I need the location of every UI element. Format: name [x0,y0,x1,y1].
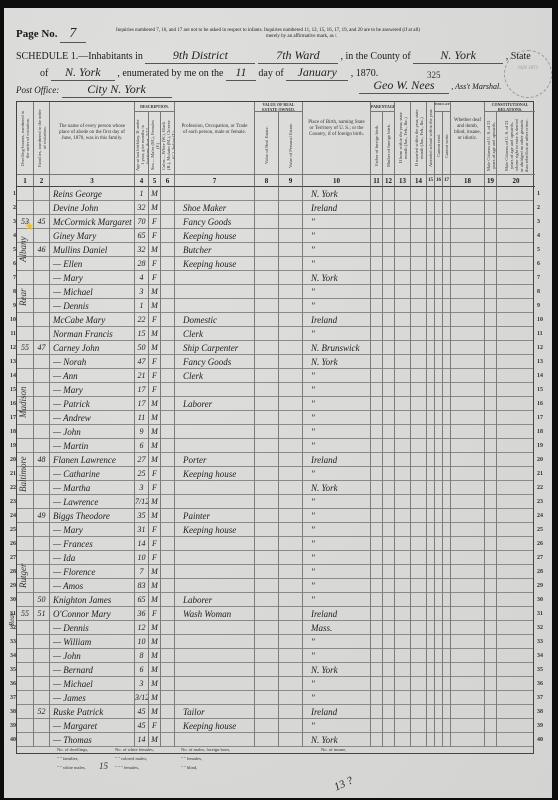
empty-cell [255,733,279,747]
age: 28 [135,257,149,271]
table-row: 3852Ruske Patrick45MTailorIreland38 [17,705,533,719]
table-row: 125547Carney John50MShip CarpenterN. Bru… [17,341,533,355]
family-number [34,355,50,369]
empty-cell [411,579,427,593]
empty-cell [255,341,279,355]
empty-cell [497,677,535,691]
empty-cell [435,229,443,243]
empty-cell [485,537,497,551]
empty-cell [279,677,303,691]
occupation: Fancy Goods [175,215,255,229]
col-num-14: 14 [411,174,427,187]
empty-cell [411,705,427,719]
empty-cell [279,355,303,369]
sex: M [149,733,161,747]
empty-cell [497,509,535,523]
empty-cell [255,719,279,733]
empty-cell [411,187,427,201]
empty-cell [435,285,443,299]
empty-cell [427,677,435,691]
line-number-right: 11 [537,327,551,341]
empty-cell [395,453,411,467]
empty-cell [395,719,411,733]
empty-cell [411,355,427,369]
empty-cell [443,285,451,299]
empty-cell [451,621,485,635]
empty-cell [411,509,427,523]
sex: M [149,187,161,201]
line-number-left: 39 [6,719,16,733]
dwelling-number [17,537,34,551]
birthplace: " [303,523,371,537]
empty-cell [497,593,535,607]
empty-cell [497,537,535,551]
empty-cell [411,229,427,243]
sex: M [149,509,161,523]
occupation [175,537,255,551]
age: 50 [135,341,149,355]
occupation [175,621,255,635]
empty-cell [497,649,535,663]
person-name: — John [50,425,135,439]
age: 31 [135,523,149,537]
age: 1 [135,299,149,313]
line-number-right: 30 [537,593,551,607]
footer-handwritten-mark: 13 ? [332,774,355,793]
age: 3 [135,285,149,299]
empty-cell [395,439,411,453]
line-number-right: 34 [537,649,551,663]
family-number: 49 [34,509,50,523]
empty-cell [443,467,451,481]
birthplace: N. York [303,271,371,285]
table-row: 19— Martin6M"19 [17,439,533,453]
empty-cell [411,327,427,341]
line-number-left: 36 [6,677,16,691]
empty-cell [485,677,497,691]
line-number-left: 14 [6,369,16,383]
empty-cell [255,313,279,327]
empty-cell [435,663,443,677]
empty-cell [383,285,395,299]
person-name: — William [50,635,135,649]
empty-cell [161,285,175,299]
line-number-left: 11 [6,327,16,341]
empty-cell [383,621,395,635]
empty-cell [395,733,411,747]
empty-cell [485,397,497,411]
empty-cell [383,425,395,439]
family-number [34,537,50,551]
empty-cell [255,649,279,663]
person-name: Knighton James [50,593,135,607]
empty-cell [371,383,383,397]
empty-cell [411,677,427,691]
line-number-right: 6 [537,257,551,271]
empty-cell [255,677,279,691]
empty-cell [255,201,279,215]
empty-cell [451,383,485,397]
empty-cell [435,551,443,565]
empty-cell [279,397,303,411]
empty-cell [395,579,411,593]
empty-cell [255,663,279,677]
birthplace: Ireland [303,313,371,327]
empty-cell [443,327,451,341]
empty-cell [497,719,535,733]
empty-cell [451,593,485,607]
empty-cell [279,411,303,425]
empty-cell [279,691,303,705]
empty-cell [497,313,535,327]
person-name: McCormick Margaret [50,215,135,229]
dwelling-number [17,719,34,733]
family-number [34,663,50,677]
empty-cell [161,425,175,439]
empty-cell [255,551,279,565]
empty-cell [255,243,279,257]
empty-cell [427,243,435,257]
empty-cell [255,565,279,579]
empty-cell [161,733,175,747]
dwelling-number [17,663,34,677]
empty-cell [451,509,485,523]
empty-cell [411,635,427,649]
line-number-right: 38 [537,705,551,719]
empty-cell [443,607,451,621]
age: 9 [135,425,149,439]
empty-cell [411,201,427,215]
empty-cell [255,369,279,383]
dwelling-number [17,509,34,523]
empty-cell [279,481,303,495]
empty-cell [435,495,443,509]
empty-cell [451,495,485,509]
empty-cell [485,439,497,453]
empty-cell [427,565,435,579]
empty-cell [279,327,303,341]
empty-cell [435,453,443,467]
empty-cell [371,537,383,551]
empty-cell [161,411,175,425]
empty-cell [161,691,175,705]
age: 32 [135,201,149,215]
empty-cell [411,243,427,257]
col-num-2: 2 [34,174,50,187]
table-row: 21— Catharine25FKeeping house"21 [17,467,533,481]
empty-cell [435,677,443,691]
dwelling-number [17,635,34,649]
line-number-left: 18 [6,425,16,439]
empty-cell [371,215,383,229]
occupation [175,649,255,663]
empty-cell [443,411,451,425]
empty-cell [497,299,535,313]
empty-cell [395,313,411,327]
empty-cell [395,635,411,649]
empty-cell [411,425,427,439]
empty-cell [255,691,279,705]
empty-cell [443,649,451,663]
col-header-10: Place of Birth, naming State or Territor… [303,102,371,174]
sex: M [149,677,161,691]
empty-cell [371,411,383,425]
empty-cell [435,565,443,579]
line-number-left: 23 [6,495,16,509]
table-row: 23— Lawrence7/12M"23 [17,495,533,509]
family-number [34,439,50,453]
month-field: January [286,65,348,81]
empty-cell [485,733,497,747]
empty-cell [371,523,383,537]
person-name: — James [50,691,135,705]
family-number [34,313,50,327]
col-header-18: Whether deaf and dumb, blind, insane, or… [451,102,485,174]
empty-cell [443,187,451,201]
empty-cell [485,705,497,719]
empty-cell [395,607,411,621]
empty-cell [443,257,451,271]
occupation [175,677,255,691]
empty-cell [443,593,451,607]
empty-cell [427,355,435,369]
empty-cell [383,635,395,649]
schedule-line: SCHEDULE 1.—Inhabitants in 9th District … [16,48,531,64]
line-number-left: 4 [6,229,16,243]
empty-cell [161,299,175,313]
empty-cell [371,271,383,285]
empty-cell [279,187,303,201]
highlight-star-icon: ★ [24,220,35,232]
empty-cell [279,621,303,635]
col-num-9: 9 [279,174,303,187]
dwellings-label: No. of dwellings, [57,747,88,752]
empty-cell [255,453,279,467]
empty-cell [485,453,497,467]
line-number-left: 28 [6,565,16,579]
family-number: 47 [34,341,50,355]
col-header-14: If married within the year, state month … [411,102,427,174]
table-row: 2Devine John32MShoe MakerIreland2 [17,201,533,215]
empty-cell [497,565,535,579]
family-number: 48 [34,453,50,467]
empty-cell [485,369,497,383]
line-number-right: 14 [537,369,551,383]
person-name: Norman Francis [50,327,135,341]
post-office-field: City N. York [62,82,172,98]
empty-cell [161,537,175,551]
empty-cell [451,705,485,719]
col-num-1: 1 [17,174,34,187]
col-num-16: 16 [435,174,443,187]
empty-cell [485,257,497,271]
line-number-right: 2 [537,201,551,215]
family-number: 45 [34,215,50,229]
empty-cell [443,509,451,523]
empty-cell [395,649,411,663]
day-of-label: day of [258,68,283,79]
empty-cell [383,411,395,425]
col-header-16: Cannot read. [435,112,443,174]
empty-cell [383,341,395,355]
empty-cell [497,551,535,565]
empty-cell [255,229,279,243]
empty-cell [371,187,383,201]
group-header-parentage: PARENTAGE. [371,102,395,112]
table-row: 25— Mary31FKeeping house"25 [17,523,533,537]
empty-cell [371,313,383,327]
empty-cell [411,593,427,607]
empty-cell [451,439,485,453]
line-number-left: 22 [6,481,16,495]
empty-cell [443,733,451,747]
line-number-right: 40 [537,733,551,747]
empty-cell [497,523,535,537]
birthplace: " [303,551,371,565]
occupation: Clerk [175,327,255,341]
dwelling-number [17,523,34,537]
col-num-18: 18 [451,174,485,187]
empty-cell [395,481,411,495]
empty-cell [395,523,411,537]
table-row: 7— Mary4FN. York7 [17,271,533,285]
age: 3 [135,677,149,691]
sex: M [149,593,161,607]
empty-cell [435,649,443,663]
empty-cell [161,341,175,355]
empty-cell [395,215,411,229]
line-number-left: 7 [6,271,16,285]
empty-cell [383,509,395,523]
empty-cell [371,579,383,593]
empty-cell [497,187,535,201]
empty-cell [435,397,443,411]
sex: F [149,481,161,495]
family-number [34,411,50,425]
col-num-6: 6 [161,174,175,187]
line-number-right: 1 [537,187,551,201]
empty-cell [279,285,303,299]
county-field: N. York [413,48,503,64]
birthplace: " [303,565,371,579]
person-name: — Lawrence [50,495,135,509]
empty-cell [497,481,535,495]
empty-cell [497,411,535,425]
empty-cell [161,229,175,243]
empty-cell [255,621,279,635]
sex: M [149,285,161,299]
empty-cell [255,425,279,439]
sex: M [149,635,161,649]
dwelling-number [17,691,34,705]
line-number-left: 16 [6,397,16,411]
empty-cell [451,187,485,201]
empty-cell [371,621,383,635]
sex: F [149,271,161,285]
birthplace: " [303,299,371,313]
birthplace: Ireland [303,201,371,215]
empty-cell [451,369,485,383]
line-number-right: 36 [537,677,551,691]
empty-cell [161,187,175,201]
empty-cell [451,677,485,691]
dwelling-number [17,733,34,747]
empty-cell [279,229,303,243]
empty-cell [255,271,279,285]
empty-cell [383,439,395,453]
empty-cell [485,579,497,593]
empty-cell [443,215,451,229]
col-header-17: Cannot write. [443,112,451,174]
sex: M [149,663,161,677]
empty-cell [451,635,485,649]
col-header-3: The name of every person whose place of … [50,102,135,174]
sex: F [149,523,161,537]
empty-cell [497,467,535,481]
marshal-number: 325 [427,70,441,80]
empty-cell [427,733,435,747]
table-row: 10McCabe Mary22FDomesticIreland10 [17,313,533,327]
col-header-20: Male Citizens of U. S. of 21 years of ag… [497,112,535,174]
sex: M [149,621,161,635]
empty-cell [427,425,435,439]
sex: M [149,691,161,705]
line-number-right: 20 [537,453,551,467]
col-num-8: 8 [255,174,279,187]
received-stamp: JAN 1871 [504,50,552,98]
empty-cell [161,439,175,453]
margin-note-street: Madison [18,387,28,419]
empty-cell [443,495,451,509]
empty-cell [279,551,303,565]
col-header-7: Profession, Occupation, or Trade of each… [175,102,255,174]
empty-cell [485,607,497,621]
line-number-right: 23 [537,495,551,509]
birthplace: " [303,509,371,523]
birthplace: " [303,257,371,271]
empty-cell [435,439,443,453]
family-number [34,579,50,593]
age: 7/12 [135,495,149,509]
empty-cell [497,733,535,747]
family-number [34,495,50,509]
person-name: — Florence [50,565,135,579]
sex: F [149,537,161,551]
district-field: 9th District [145,48,255,64]
empty-cell [427,467,435,481]
line-number-right: 7 [537,271,551,285]
table-row: 9— Dennis1M"9 [17,299,533,313]
family-number [34,523,50,537]
family-number [34,369,50,383]
col-num-13: 13 [395,174,411,187]
birthplace: Mass. [303,621,371,635]
family-number: 51 [34,607,50,621]
empty-cell [383,495,395,509]
group-header-description: DESCRIPTION. [135,102,175,112]
person-name: Reins George [50,187,135,201]
empty-cell [451,663,485,677]
empty-cell [435,341,443,355]
empty-cell [427,593,435,607]
empty-cell [411,285,427,299]
empty-cell [435,257,443,271]
empty-cell [395,677,411,691]
empty-cell [427,327,435,341]
birthplace: N. Brunswick [303,341,371,355]
line-number-left: 6 [6,257,16,271]
age: 12 [135,621,149,635]
